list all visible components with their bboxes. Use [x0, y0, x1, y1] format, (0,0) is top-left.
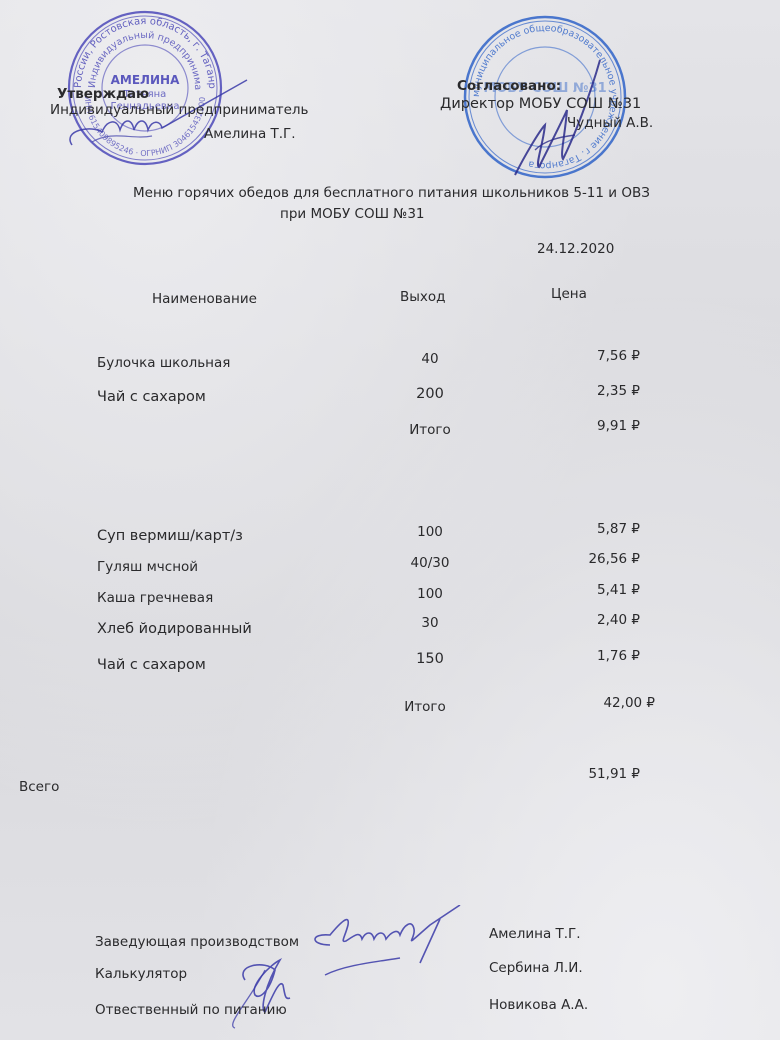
document-title-line1: Меню горячих обедов для бесплатного пита… — [133, 185, 650, 201]
approved-position: Индивидуальный предприниматель — [50, 102, 309, 118]
subtotal-label: Итого — [380, 699, 470, 715]
signature-role: Калькулятор — [95, 966, 187, 982]
column-header-yield: Выход — [400, 289, 446, 305]
svg-text:России, Ростовская область, г.: России, Ростовская область, г. Таганрог — [62, 8, 217, 89]
agreed-position: Директор МОБУ СОШ №31 — [440, 96, 641, 112]
item-name: Каша гречневая — [97, 590, 213, 606]
item-name: Чай с сахаром — [97, 389, 206, 405]
signature-role: Заведующая производством — [95, 934, 299, 950]
item-yield: 30 — [385, 615, 475, 631]
item-price: 7,56 ₽ — [550, 348, 640, 364]
menu-document: России, Ростовская область, г. Таганрог … — [0, 0, 780, 1040]
item-price: 2,35 ₽ — [550, 383, 640, 399]
item-name: Гуляш мчсной — [97, 559, 198, 575]
approved-label: Утверждаю — [57, 86, 149, 102]
item-yield: 150 — [385, 651, 475, 667]
signature-name: Сербина Л.И. — [489, 960, 583, 976]
subtotal-label: Итого — [385, 422, 475, 438]
signature-role: Отвественный по питанию — [95, 1002, 287, 1018]
item-price: 26,56 ₽ — [550, 551, 640, 567]
svg-text:ИНН 615409895246 · ОГРНИП 3046: ИНН 615409895246 · ОГРНИП 30461543220063… — [62, 8, 207, 158]
item-name: Хлеб йодированный — [97, 621, 252, 637]
item-yield: 40/30 — [385, 555, 475, 571]
document-title-line2: при МОБУ СОШ №31 — [280, 206, 425, 222]
item-yield: 40 — [385, 351, 475, 367]
column-header-name: Наименование — [152, 291, 257, 307]
total-value: 51,91 ₽ — [550, 766, 640, 782]
column-header-price: Цена — [551, 286, 587, 302]
item-yield: 100 — [385, 586, 475, 602]
agreed-name: Чудный А.В. — [567, 115, 653, 131]
item-name: Суп вермиш/карт/з — [97, 528, 243, 544]
item-name: Чай с сахаром — [97, 657, 206, 673]
svg-text:Индивидуальный предприниматель: Индивидуальный предприниматель — [62, 8, 203, 90]
signature-production-icon — [300, 905, 480, 965]
signature-name: Новикова А.А. — [489, 997, 588, 1013]
signature-name: Амелина Т.Г. — [489, 926, 581, 942]
subtotal-value: 42,00 ₽ — [565, 695, 655, 711]
total-label: Всего — [19, 779, 59, 795]
approved-name: Амелина Т.Г. — [204, 126, 296, 142]
item-price: 1,76 ₽ — [550, 648, 640, 664]
item-price: 5,87 ₽ — [550, 521, 640, 537]
item-price: 2,40 ₽ — [550, 612, 640, 628]
item-price: 5,41 ₽ — [550, 582, 640, 598]
svg-text:АМЕЛИНА: АМЕЛИНА — [111, 73, 180, 87]
document-date: 24.12.2020 — [537, 241, 614, 257]
subtotal-value: 9,91 ₽ — [550, 418, 640, 434]
agreed-label: Согласовано: — [457, 78, 561, 94]
item-yield: 200 — [385, 386, 475, 402]
item-name: Булочка школьная — [97, 355, 230, 371]
item-yield: 100 — [385, 524, 475, 540]
